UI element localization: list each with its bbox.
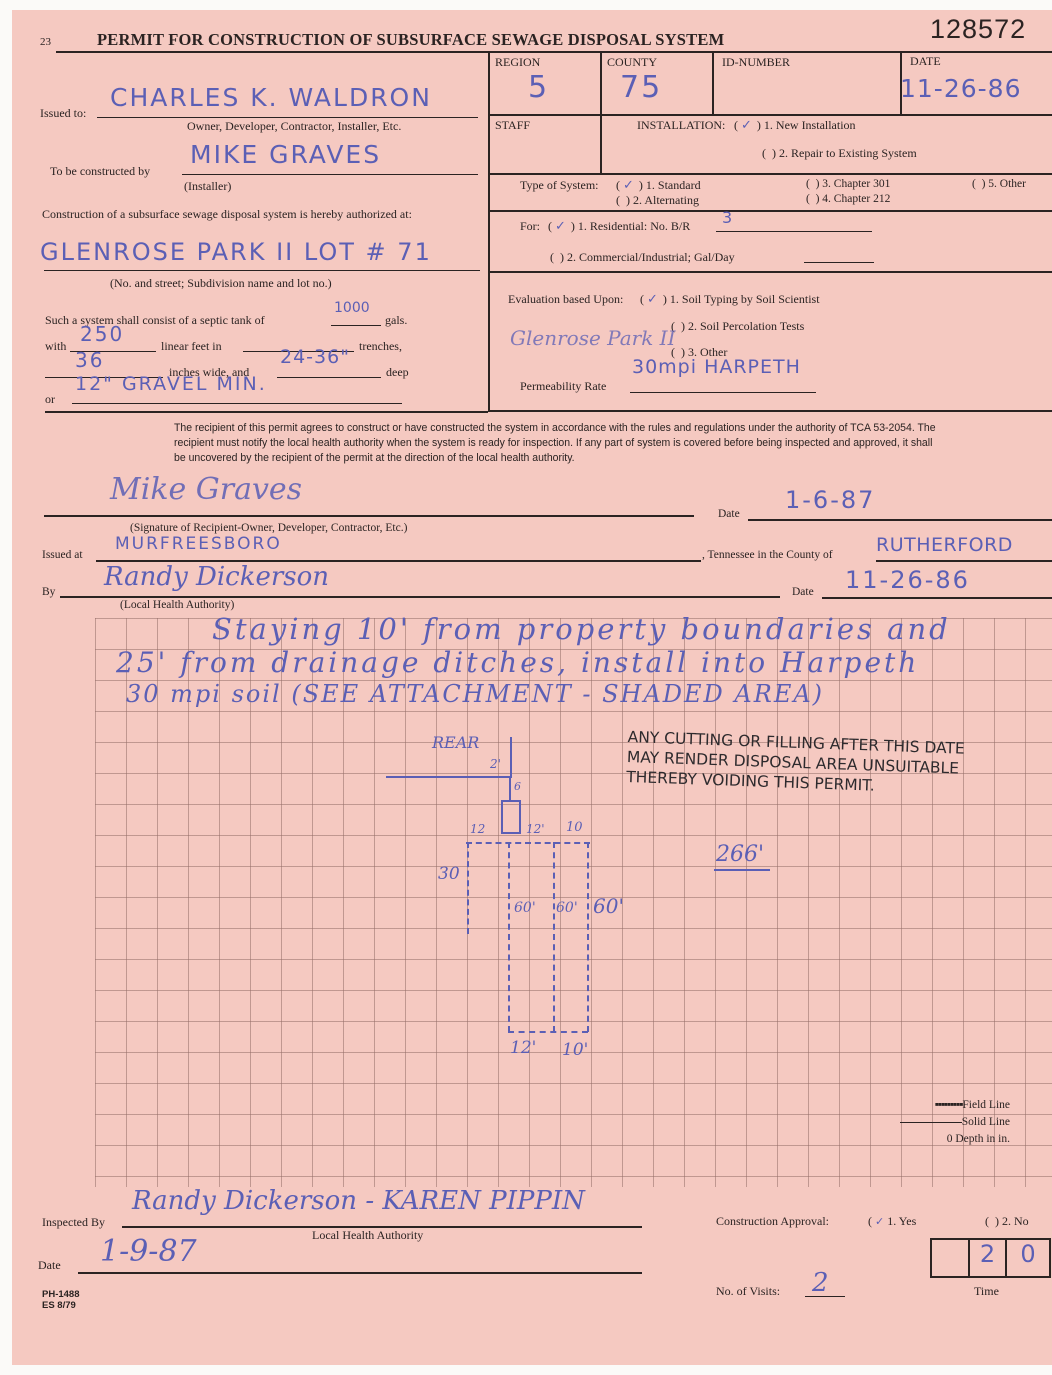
recipient-signature[interactable]: Mike Graves <box>110 472 302 507</box>
evaluation-option-soil-typing[interactable]: ( ✓ ) 1. Soil Typing by Soil Scientist <box>640 292 820 307</box>
form-number-left: 23 <box>40 36 51 48</box>
box-divider <box>712 51 714 115</box>
field-line-b <box>553 842 555 1032</box>
time-label: Time <box>974 1284 999 1299</box>
or-label: or <box>45 392 55 407</box>
installation-label: INSTALLATION: <box>637 118 725 133</box>
type-of-system-label: Type of System: <box>520 178 599 193</box>
depth-label: deep <box>386 365 409 380</box>
evaluation-margin-note: Glenrose Park II <box>510 326 675 350</box>
check-mark-icon: ✓ <box>647 292 660 307</box>
approval-label: Construction Approval: <box>716 1214 829 1229</box>
sketch-dim-30: 30 <box>438 864 460 884</box>
depth-line <box>277 377 381 378</box>
legend-solid-line: Solid Line <box>880 1114 1010 1131</box>
signature-line <box>44 515 694 517</box>
issued-to-label: Issued to: <box>40 106 86 121</box>
sketch-legend: ▪▪▪▪▪▪▪▪▪Field Line Solid Line 0 Depth i… <box>880 1097 1010 1148</box>
tank-line <box>331 325 381 326</box>
box-rule <box>488 271 1052 273</box>
by-caption: (Local Health Authority) <box>120 599 234 611</box>
linear-feet-value[interactable]: 250 <box>80 322 124 346</box>
type-option-alternating[interactable]: ( ) 2. Alternating <box>616 193 699 208</box>
staff-label: STAFF <box>495 118 530 133</box>
type-option-standard[interactable]: ( ✓ ) 1. Standard <box>616 178 701 193</box>
agreement-date-line <box>748 519 1052 521</box>
legend-depth: 0 Depth in in. <box>880 1131 1010 1148</box>
visits-value[interactable]: 2 <box>812 1268 829 1298</box>
box-rule <box>488 210 1052 212</box>
sketch-rear-label: REAR <box>432 733 479 752</box>
issued-to-line <box>97 117 478 118</box>
left-section-rule <box>45 411 488 413</box>
field-line-footer <box>508 1031 588 1033</box>
sketch-total-length: 266' <box>714 842 770 871</box>
tank-value[interactable]: 1000 <box>334 300 370 316</box>
field-line-header <box>466 842 590 844</box>
sketch-dim-12-top-mid: 12' <box>526 822 545 836</box>
field-line-left <box>467 842 469 934</box>
sketch-dim-60-b: 60' <box>556 900 578 916</box>
type-option-chapter-301[interactable]: ( ) 3. Chapter 301 <box>806 178 890 190</box>
trenches-label: trenches, <box>359 339 402 354</box>
box-rule <box>488 173 1052 175</box>
inspection-date-value[interactable]: 1-9-87 <box>100 1234 197 1269</box>
type-option-other[interactable]: ( ) 5. Other <box>972 178 1026 190</box>
page-title: PERMIT FOR CONSTRUCTION OF SUBSURFACE SE… <box>97 30 724 50</box>
for-label: For: <box>520 219 540 234</box>
issued-at-value[interactable]: MURFREESBORO <box>115 534 282 554</box>
check-mark-icon: ✓ <box>555 219 568 234</box>
bedroom-count-line <box>716 231 872 232</box>
septic-tank-icon <box>501 800 521 834</box>
note-line-1: Staying 10' from property boundaries and <box>212 612 951 646</box>
depth-value[interactable]: 24-36" <box>280 346 350 368</box>
sketch-dim-60-a: 60' <box>514 900 536 916</box>
county-value[interactable]: 75 <box>620 70 662 105</box>
installation-option-new[interactable]: ( ✓ ) 1. New Installation <box>734 118 856 133</box>
dotted-line-icon: ▪▪▪▪▪▪▪▪▪ <box>935 1099 963 1111</box>
inspection-date-label: Date <box>38 1258 61 1273</box>
house-rear-line <box>386 776 512 778</box>
inspection-date-line <box>78 1272 642 1274</box>
issued-at-label: Issued at <box>42 549 83 561</box>
header-rule <box>56 51 1052 53</box>
column-divider <box>488 51 490 411</box>
inspected-by-caption: Local Health Authority <box>312 1228 423 1243</box>
constructed-by-value[interactable]: MIKE GRAVES <box>190 140 381 169</box>
width-value[interactable]: 36 <box>75 348 104 372</box>
county-name-value[interactable]: RUTHERFORD <box>876 534 1013 556</box>
evaluation-label: Evaluation based Upon: <box>508 292 623 307</box>
field-line-c <box>587 842 589 1032</box>
authorized-text: Construction of a subsurface sewage disp… <box>42 207 442 221</box>
sketch-dim-10-top: 10 <box>566 820 583 835</box>
inspected-by-signature[interactable]: Randy Dickerson - KAREN PIPPIN <box>132 1186 585 1216</box>
issued-to-value[interactable]: CHARLES K. WALDRON <box>110 83 432 112</box>
sketch-dim-10-bottom: 10' <box>562 1040 588 1060</box>
county-line <box>876 560 1052 562</box>
evaluation-option-percolation[interactable]: ( ) 2. Soil Percolation Tests <box>671 319 804 334</box>
bedroom-count-value[interactable]: 3 <box>722 208 734 227</box>
signature-caption: (Signature of Recipient-Owner, Developer… <box>130 522 407 534</box>
check-mark-icon: ✓ <box>875 1215 884 1228</box>
visits-label: No. of Visits: <box>716 1284 780 1299</box>
form-code-block: PH-1488 ES 8/79 <box>42 1289 80 1311</box>
gal-per-day-line <box>804 262 874 263</box>
tank-suffix: gals. <box>385 313 407 328</box>
for-residential-option[interactable]: ( ✓ ) 1. Residential: No. B/R <box>548 219 690 234</box>
region-label: REGION <box>495 55 540 70</box>
tennessee-label: , Tennessee in the County of <box>702 549 833 561</box>
linear-feet-label: linear feet in <box>161 339 222 354</box>
sketch-dim-6: 6 <box>514 780 521 793</box>
legend-field-line: ▪▪▪▪▪▪▪▪▪Field Line <box>880 1097 1010 1114</box>
by-signature[interactable]: Randy Dickerson <box>104 562 329 592</box>
installation-option-repair[interactable]: ( ) 2. Repair to Existing System <box>762 146 917 161</box>
check-mark-icon: ✓ <box>741 118 754 133</box>
agreement-text: The recipient of this permit agrees to c… <box>174 421 942 466</box>
time-box-3[interactable]: 0 <box>1005 1238 1051 1278</box>
location-line <box>44 270 480 271</box>
form-edition: ES 8/79 <box>42 1300 80 1311</box>
id-number-label: ID-NUMBER <box>722 55 790 70</box>
box-rule <box>488 114 1052 116</box>
note-line-2: 25' from drainage ditches, install into … <box>116 646 919 679</box>
issuance-date-label: Date <box>792 586 814 598</box>
sketch-dim-60-c: 60' <box>593 894 624 918</box>
approval-yes-option[interactable]: ( ✓ 1. Yes <box>868 1214 916 1229</box>
time-box-2[interactable]: 2 <box>968 1238 1007 1278</box>
location-caption: (No. and street; Subdivision name and lo… <box>110 276 332 291</box>
field-line-a <box>508 842 510 1032</box>
box-divider <box>600 51 602 174</box>
location-value[interactable]: GLENROSE PARK II LOT # 71 <box>40 238 432 266</box>
or-line <box>72 403 402 404</box>
issuance-date-value[interactable]: 11-26-86 <box>845 566 970 594</box>
date-label: DATE <box>910 54 941 69</box>
or-value[interactable]: 12" GRAVEL MIN. <box>75 373 267 395</box>
tank-label: Such a system shall consist of a septic … <box>45 313 265 328</box>
issued-to-caption: Owner, Developer, Contractor, Installer,… <box>187 119 401 134</box>
approval-no-option[interactable]: ( ) 2. No <box>985 1214 1029 1229</box>
box-rule <box>488 410 1052 412</box>
county-label: COUNTY <box>607 55 657 70</box>
sewer-pipe <box>509 777 511 801</box>
sketch-dim-12-top-left: 12 <box>470 822 485 836</box>
agreement-date-label: Date <box>718 508 740 520</box>
by-line <box>60 596 780 598</box>
agreement-date-value[interactable]: 1-6-87 <box>785 486 875 514</box>
permeability-value[interactable]: 30mpi HARPETH <box>632 356 801 378</box>
note-line-3: 30 mpi soil (SEE ATTACHMENT - SHADED ARE… <box>126 680 824 708</box>
constructed-by-line <box>182 174 478 175</box>
time-box-1[interactable] <box>930 1238 970 1278</box>
for-commercial-option[interactable]: ( ) 2. Commercial/Industrial; Gal/Day <box>550 250 735 265</box>
sketch-dim-12-bottom: 12' <box>510 1038 536 1058</box>
with-label: with <box>45 339 66 354</box>
date-value[interactable]: 11-26-86 <box>900 74 1021 103</box>
solid-line-icon <box>900 1122 962 1123</box>
check-mark-icon: ✓ <box>623 178 636 193</box>
inspected-by-label: Inspected By <box>42 1215 105 1230</box>
issuance-date-line <box>822 597 1052 599</box>
permit-number: 128572 <box>930 14 1026 45</box>
warning-stamp: ANY CUTTING OR FILLING AFTER THIS DATE M… <box>626 727 965 799</box>
region-value[interactable]: 5 <box>528 70 549 105</box>
constructed-by-caption: (Installer) <box>184 179 231 194</box>
permeability-label: Permeability Rate <box>520 379 606 394</box>
sketch-dim-2: 2' <box>490 757 501 771</box>
form-code: PH-1488 <box>42 1289 80 1300</box>
permeability-line <box>630 392 816 393</box>
constructed-by-label: To be constructed by <box>50 164 150 179</box>
house-side-line <box>510 737 512 777</box>
by-label: By <box>42 586 55 598</box>
type-option-chapter-212[interactable]: ( ) 4. Chapter 212 <box>806 193 890 205</box>
